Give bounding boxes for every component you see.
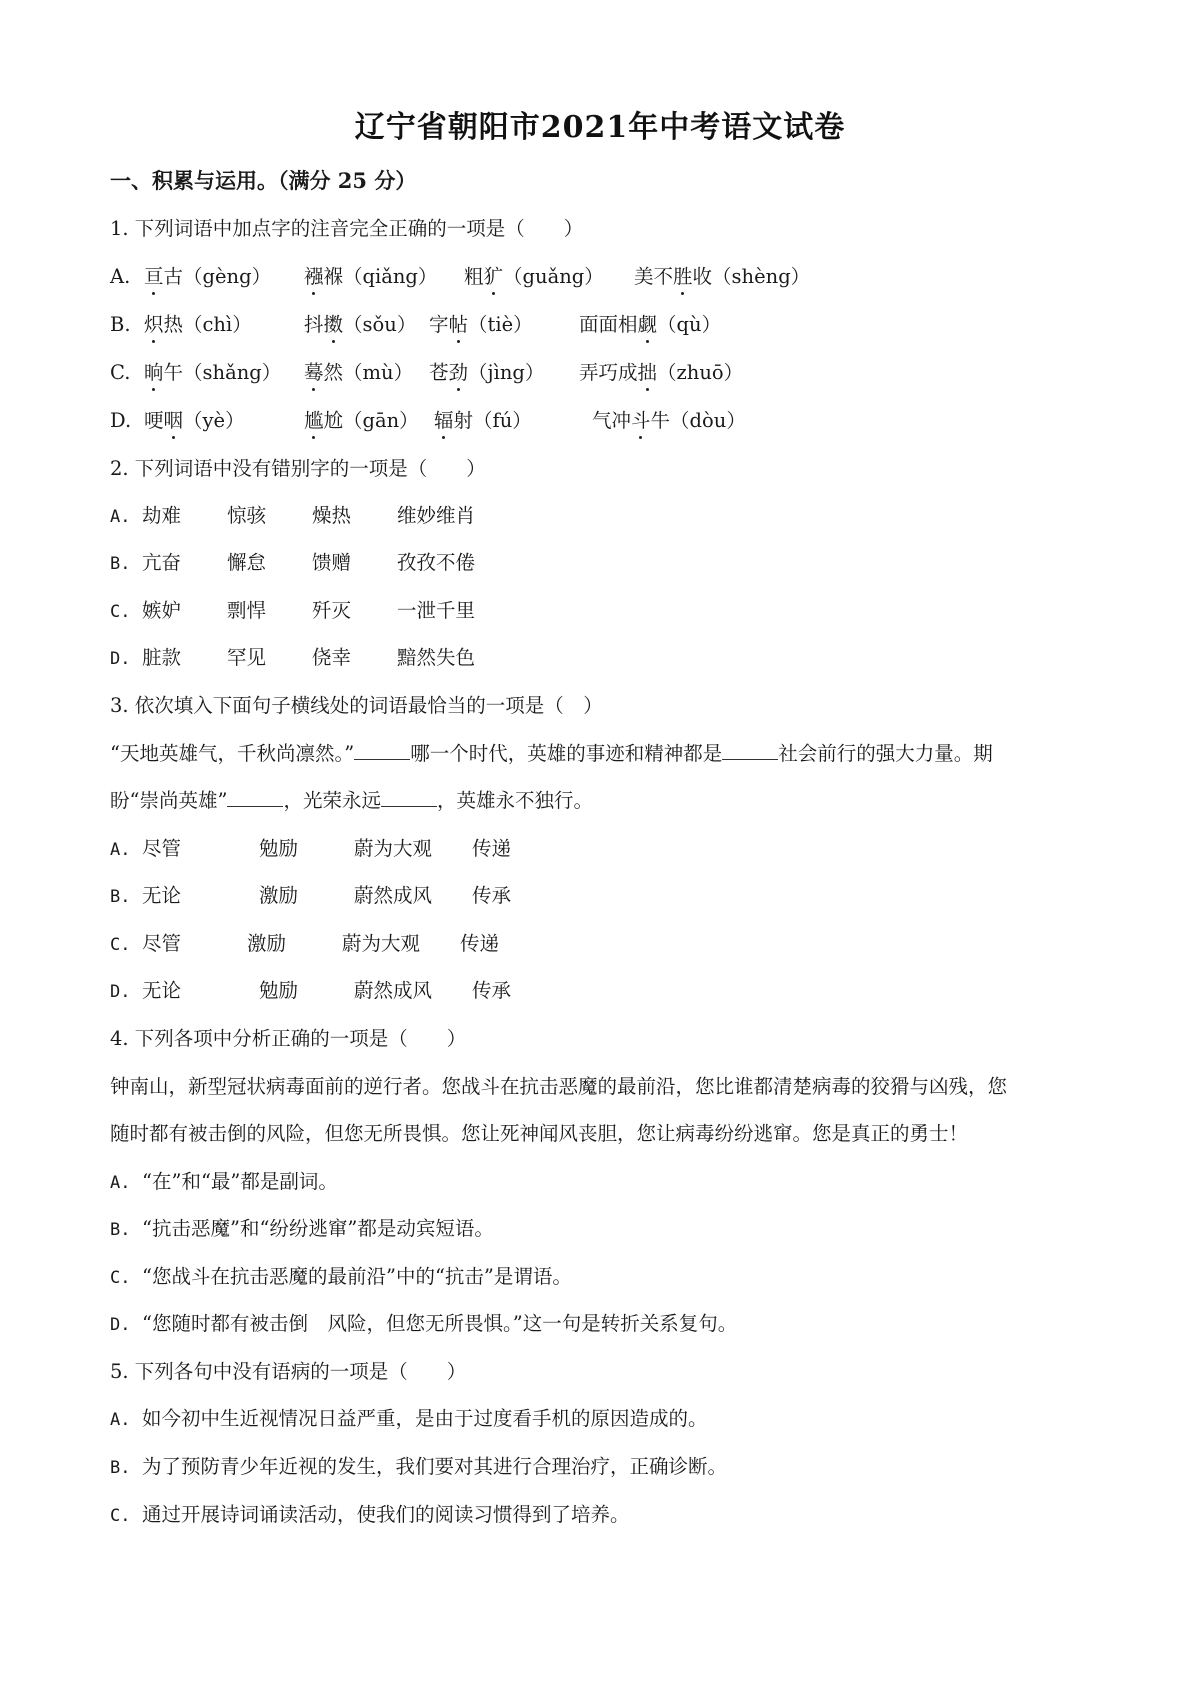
q1-option-b: B.炽热（chì）抖擞（sǒu）字帖（tiè）面面相觑（qù） xyxy=(110,312,721,338)
fill-blank-1 xyxy=(354,741,410,760)
q2-option-d: D.脏款罕见侥幸黯然失色 xyxy=(110,645,475,672)
fill-blank-3 xyxy=(227,788,283,807)
q2-option-c: C.嫉妒剽悍歼灭一泄千里 xyxy=(110,598,475,625)
fill-blank-4 xyxy=(381,788,437,807)
q3-option-a: A.尽管勉励蔚为大观传递 xyxy=(110,836,511,863)
exam-title: 辽宁省朝阳市2021年中考语文试卷 xyxy=(0,102,1200,146)
q2-option-a: A.劫难惊骇燥热维妙维肖 xyxy=(110,503,475,530)
q3-option-b: B.无论激励蔚然成风传承 xyxy=(110,883,511,910)
q3-passage-line-1: “天地英雄气，千秋尚凛然。”哪一个时代，英雄的事迹和精神都是社会前行的强大力量。… xyxy=(110,741,993,767)
q5-option-a: A.如今初中生近视情况日益严重，是由于过度看手机的原因造成的。 xyxy=(110,1406,708,1433)
q3-option-d: D.无论勉励蔚然成风传承 xyxy=(110,978,511,1005)
q5-option-c: C.通过开展诗词诵读活动，使我们的阅读习惯得到了培养。 xyxy=(110,1502,630,1529)
q1-option-a: A.亘古（gèng）襁褓（qiǎng）粗犷（guǎng）美不胜收（shèng） xyxy=(110,264,810,290)
question-2-stem: 2. 下列词语中没有错别字的一项是（ ） xyxy=(110,456,486,482)
q4-option-c: C.“您战斗在抗击恶魔的最前沿”中的“抗击”是谓语。 xyxy=(110,1264,572,1291)
q1-option-d: D.哽咽（yè）尴尬（gān）辐射（fú）气冲斗牛（dòu） xyxy=(110,408,746,434)
q4-option-b: B.“抗击恶魔”和“纷纷逃窜”都是动宾短语。 xyxy=(110,1216,494,1243)
q1-option-c: C.晌午（shǎng）蓦然（mù）苍劲（jìng）弄巧成拙（zhuō） xyxy=(110,360,743,386)
q5-option-b: B.为了预防青少年近视的发生，我们要对其进行合理治疗，正确诊断。 xyxy=(110,1454,727,1481)
q4-option-d: D.“您随时都有被击倒 风险，但您无所畏惧。”这一句是转折关系复句。 xyxy=(110,1311,737,1338)
exam-page: 辽宁省朝阳市2021年中考语文试卷 一、积累与运用。（满分 25 分） 1. 下… xyxy=(0,0,1200,1698)
q4-passage-line-2: 随时都有被击倒的风险，但您无所畏惧。您让死神闻风丧胆，您让病毒纷纷逃窜。您是真正… xyxy=(110,1121,968,1147)
q2-option-b: B.亢奋懈怠馈赠孜孜不倦 xyxy=(110,550,475,577)
question-5-stem: 5. 下列各句中没有语病的一项是（ ） xyxy=(110,1359,466,1385)
question-3-stem: 3. 依次填入下面句子横线处的词语最恰当的一项是（ ） xyxy=(110,693,603,719)
question-1-stem: 1. 下列词语中加点字的注音完全正确的一项是（ ） xyxy=(110,216,583,242)
q3-option-c: C.尽管激励蔚为大观传递 xyxy=(110,931,499,958)
q4-passage-line-1: 钟南山，新型冠状病毒面前的逆行者。您战斗在抗击恶魔的最前沿，您比谁都清楚病毒的狡… xyxy=(110,1074,1007,1100)
question-4-stem: 4. 下列各项中分析正确的一项是（ ） xyxy=(110,1026,466,1052)
section-heading: 一、积累与运用。（满分 25 分） xyxy=(110,168,416,194)
fill-blank-2 xyxy=(722,741,778,760)
q3-passage-line-2: 盼“崇尚英雄”，光荣永远，英雄永不独行。 xyxy=(110,788,593,814)
q4-option-a: A.“在”和“最”都是副词。 xyxy=(110,1169,338,1196)
